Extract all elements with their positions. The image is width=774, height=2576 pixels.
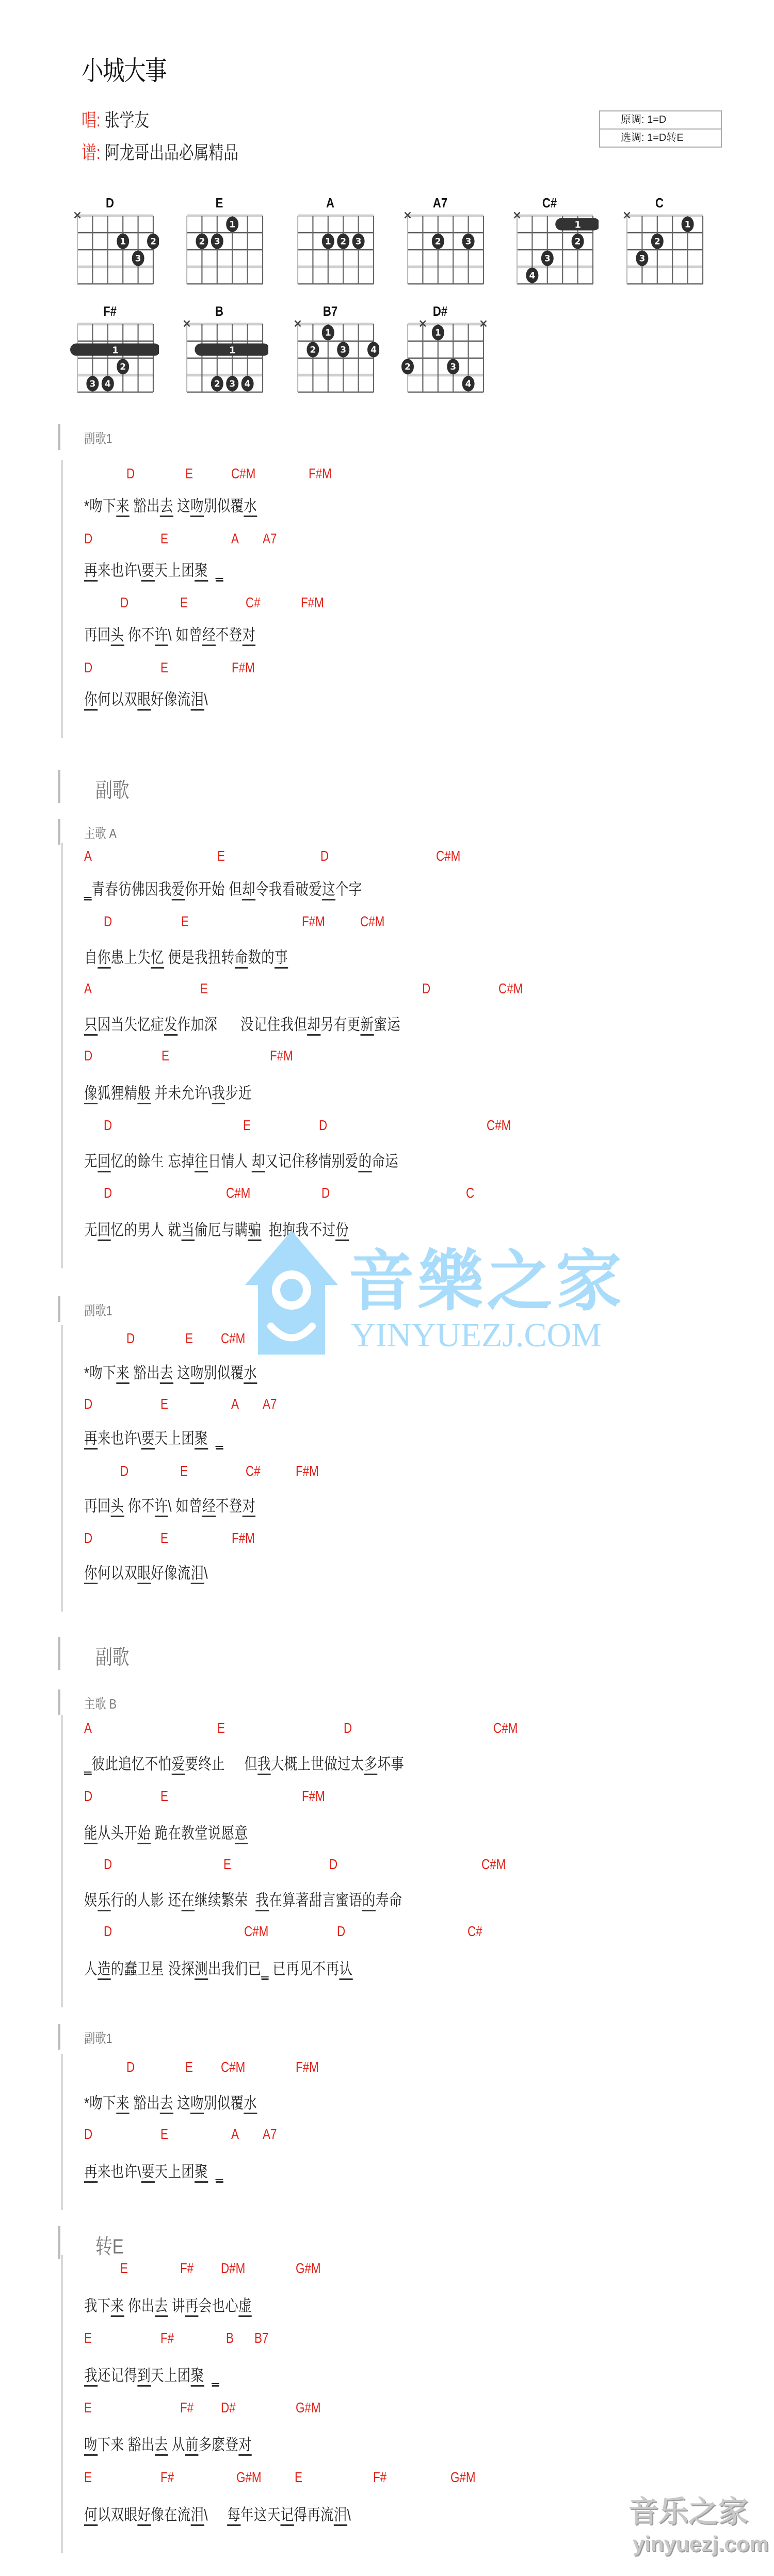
chord-diagram-name: E: [178, 195, 261, 211]
chord-symbol: D: [84, 1048, 92, 1064]
chord-row: DEF#M: [84, 1048, 652, 1065]
chord-row: DC#MDC: [84, 1185, 652, 1202]
chord-symbol: E: [84, 2400, 92, 2416]
beat-underline: 你: [98, 948, 111, 969]
beat-underline: 聚: [195, 2163, 208, 2183]
beat-underline: 的: [362, 1891, 376, 1911]
chord-symbol: E: [160, 659, 168, 676]
svg-text:×: ×: [403, 212, 412, 222]
svg-text:4: 4: [245, 379, 251, 390]
chord-symbol: E: [217, 848, 225, 864]
chord-row: DEC#MF#M: [84, 2059, 652, 2076]
svg-text:×: ×: [418, 320, 427, 330]
lyric-line: *吻下来 豁出去 这吻别似覆水: [84, 2090, 257, 2113]
section-marker-bar: [58, 1637, 60, 1670]
chord-row: DEDC#M: [84, 1117, 652, 1135]
chord-symbol: D: [126, 2059, 135, 2075]
chord-symbol: D: [344, 1720, 352, 1736]
beat-underline: 始: [137, 1824, 151, 1844]
lyric-line: 人造的蠢卫星 没探测出我们已_ 已再见不再认: [84, 1956, 352, 1979]
beat-underline: 新: [361, 1016, 374, 1036]
beat-underline: 吻: [190, 1364, 204, 1384]
chord-symbol: D: [337, 1923, 345, 1940]
chord-symbol: D: [126, 1330, 135, 1347]
chord-symbol: F#M: [296, 1330, 319, 1347]
beat-underline: 水: [244, 497, 257, 517]
beat-underline: 去: [155, 2436, 168, 2456]
lyric-line: 我下来 你出去 讲再会也心虚: [84, 2293, 252, 2316]
chord-symbol: F#: [160, 2469, 174, 2486]
chord-symbol: D: [84, 1396, 92, 1412]
chord-symbol: E: [200, 980, 208, 997]
svg-text:×: ×: [293, 320, 302, 330]
svg-text:3: 3: [544, 254, 551, 264]
beat-underline: 头: [111, 626, 124, 646]
section-marker-bar: [58, 770, 60, 803]
fretboard-grid-icon: ×23: [391, 212, 489, 289]
beat-underline: 当: [181, 1221, 195, 1241]
beat-underline: 往: [195, 1152, 208, 1172]
beat-underline: 对: [238, 2436, 252, 2456]
chord-row: DEC#MF#M: [84, 1330, 652, 1348]
lyric-line: 无回忆的男人 就当偷厄与瞒骗 抱抱我不过份: [84, 1217, 349, 1240]
beat-underline: 吻: [84, 2436, 98, 2456]
chord-symbol: F#M: [302, 1788, 325, 1805]
chord-symbol: E: [160, 1396, 168, 1412]
lyric-line: *吻下来 豁出去 这吻别似覆水: [84, 493, 257, 516]
lyric-line: 只因当失忆症发作加深 没记住我但却另有更新蜜运: [84, 1011, 400, 1035]
chord-diagram-c: C×123: [610, 195, 708, 288]
section-side-rule: [61, 1715, 63, 2007]
chord-symbol: D: [422, 980, 430, 997]
beat-underline: 泪: [191, 1564, 204, 1584]
chord-symbol: C#: [467, 1923, 482, 1940]
chord-symbol: C#M: [221, 1330, 245, 1347]
chord-symbol: E: [180, 1463, 188, 1479]
chord-row: AEDC#M: [84, 848, 652, 865]
lyric-line: *吻下来 豁出去 这吻别似覆水: [84, 1360, 257, 1383]
fretboard-grid-icon: ×1234: [501, 212, 599, 289]
singer-label: 唱:: [82, 109, 101, 131]
chord-symbol: F#M: [302, 913, 325, 930]
chord-symbol: E: [295, 2469, 302, 2486]
section-label: 副歌: [95, 774, 130, 803]
section-marker-bar: [58, 2024, 60, 2050]
chord-symbol: D: [104, 913, 112, 930]
chord-row: DEF#M: [84, 659, 652, 677]
beat-underline: 来: [111, 2297, 124, 2317]
chord-row: DEAA7: [84, 2126, 652, 2144]
beat-underline: 聚: [195, 1429, 208, 1450]
chord-symbol: G#M: [296, 2260, 321, 2277]
beat-underline: 要: [141, 561, 155, 582]
chord-diagram-name: D: [68, 195, 152, 211]
beat-underline: 忆: [151, 948, 164, 969]
svg-text:3: 3: [465, 237, 472, 247]
beat-underline: 再: [84, 1429, 98, 1450]
beat-underline: 每: [227, 2506, 240, 2526]
chord-symbol: E: [181, 913, 189, 930]
chord-symbol: A: [231, 1396, 239, 1412]
chord-symbol: D: [84, 1788, 92, 1805]
chord-symbol: A7: [263, 2126, 277, 2143]
chord-symbol: D: [104, 1117, 112, 1134]
fretboard-grid-icon: ×1234: [281, 320, 379, 397]
section-marker-bar: [58, 1689, 60, 1715]
chord-symbol: G#M: [236, 2469, 262, 2486]
beat-underline: 要: [141, 1429, 155, 1450]
beat-underline: 再: [84, 2163, 98, 2183]
chord-symbol: C: [466, 1185, 474, 1201]
chord-symbol: C#M: [244, 1923, 268, 1940]
selected-key: 选调: 1=D转E: [600, 128, 721, 147]
beat-underline: 吻: [190, 497, 204, 517]
chord-row: EF#D#G#M: [84, 2400, 652, 2417]
chord-symbol: G#M: [296, 2400, 321, 2416]
chord-diagram-fsharp: F#1234: [61, 303, 159, 396]
beat-underline: _: [216, 2163, 223, 2183]
watermark-title: 音樂之家: [348, 1228, 625, 1323]
chord-symbol: D: [84, 2126, 92, 2143]
chord-diagram-name: B: [178, 303, 261, 319]
beat-underline: 意: [235, 1824, 248, 1844]
section-marker-bar: [58, 424, 60, 450]
chord-symbol: C#: [246, 1463, 261, 1479]
chord-symbol: F#M: [296, 1463, 319, 1479]
chord-symbol: C#M: [481, 1856, 506, 1873]
beat-underline: 水: [244, 1364, 257, 1384]
beat-underline: _: [261, 1960, 269, 1980]
chord-symbol: E: [185, 465, 193, 482]
chord-symbol: A: [84, 980, 92, 997]
section-label: 副歌1: [84, 2028, 112, 2047]
chord-symbol: F#M: [301, 594, 324, 611]
svg-text:3: 3: [639, 254, 645, 264]
lyric-line: 何以双眼好像在流泪\ 每年这天记得再流泪\: [84, 2502, 351, 2525]
svg-text:3: 3: [214, 237, 220, 247]
chord-diagram-name: C#: [508, 195, 591, 211]
chord-symbol: D: [319, 1117, 327, 1134]
chord-symbol: F#: [180, 2400, 193, 2416]
lyric-line: 再回头 你不许\ 如曾经不登对: [84, 1493, 255, 1516]
svg-text:4: 4: [370, 345, 377, 356]
section-side-rule: [61, 1325, 63, 1612]
chord-symbol: A: [231, 530, 239, 547]
chord-symbol: D: [321, 1185, 330, 1201]
beat-underline: 去: [160, 497, 173, 517]
chord-row: EF#D#MG#M: [84, 2260, 652, 2278]
beat-underline: 水: [244, 2094, 257, 2114]
svg-text:1: 1: [229, 220, 235, 230]
svg-text:3: 3: [356, 237, 362, 247]
chord-symbol: F#M: [270, 1048, 293, 1064]
beat-underline: 好: [137, 2506, 151, 2526]
svg-text:2: 2: [405, 362, 411, 373]
chord-symbol: F#M: [232, 659, 255, 676]
beat-underline: 头: [111, 1497, 124, 1517]
chord-row: DEF#M: [84, 1788, 652, 1806]
arranger-name: 阿龙哥出品必属精品: [105, 142, 238, 163]
chord-symbol: D: [84, 659, 92, 676]
lyric-line: 我还记得到天上团聚 _: [84, 2362, 219, 2386]
chord-row: EF#BB7: [84, 2330, 652, 2347]
chord-symbol: C#M: [226, 1185, 250, 1201]
chord-symbol: C#M: [231, 465, 255, 482]
svg-text:3: 3: [340, 345, 346, 356]
beat-underline: 许: [155, 626, 168, 646]
chord-symbol: F#M: [296, 2059, 319, 2075]
beat-underline: 你: [84, 1564, 98, 1584]
svg-text:3: 3: [229, 379, 235, 390]
chord-symbol: D: [104, 1923, 112, 1940]
section-marker-bar: [58, 2226, 60, 2259]
beat-underline: 许: [155, 1497, 168, 1517]
chord-symbol: D: [320, 848, 329, 864]
chord-symbol: F#: [160, 2330, 174, 2346]
svg-text:×: ×: [622, 212, 632, 222]
chord-row: DEAA7: [84, 530, 652, 548]
svg-text:2: 2: [310, 345, 316, 356]
svg-text:2: 2: [575, 237, 581, 247]
svg-text:3: 3: [450, 362, 456, 373]
beat-underline: 事: [275, 948, 288, 969]
beat-underline: 来: [116, 2094, 130, 2114]
svg-text:1: 1: [120, 237, 126, 247]
lyric-line: _青春彷佛因我爱你开始 但却令我看破爱这个字: [84, 876, 362, 899]
beat-underline: 我: [212, 1084, 225, 1104]
lyric-line: _彼此追忆不怕爱要终止 但我大概上世做过太多坏事: [84, 1751, 404, 1774]
beat-underline: 记: [281, 2506, 294, 2526]
chord-diagram-b7: B7×1234: [281, 303, 379, 396]
beat-underline: 命: [235, 948, 248, 969]
chord-symbol: E: [160, 1530, 168, 1547]
key-info-box: 原调: 1=D 选调: 1=D转E: [599, 110, 722, 148]
chord-symbol: D: [84, 530, 92, 547]
fretboard-grid-icon: ×123: [610, 212, 708, 289]
chord-symbol: D: [104, 1856, 112, 1873]
svg-text:1: 1: [435, 328, 441, 339]
beat-underline: 我: [255, 1891, 269, 1911]
beat-underline: 何: [84, 2506, 98, 2526]
fretboard-grid-icon: ×1234: [170, 320, 268, 397]
chord-row: DC#MDC#: [84, 1923, 652, 1941]
beat-underline: _: [84, 880, 92, 900]
chord-symbol: F#: [373, 2469, 386, 2486]
svg-text:×: ×: [479, 320, 488, 330]
chord-symbol: E: [162, 1048, 169, 1064]
section-label: 主歌 B: [84, 1694, 117, 1713]
beat-underline: 却: [252, 1152, 265, 1172]
svg-text:1: 1: [574, 220, 581, 231]
chord-diagram-name: D#: [398, 303, 482, 319]
beat-underline: 经: [202, 1497, 216, 1517]
arranger-row: 谱: 阿龙哥出品必属精品: [82, 138, 238, 165]
beat-underline: 回: [98, 1152, 111, 1172]
lyric-line: 再回头 你不许\ 如曾经不登对: [84, 622, 255, 645]
beat-underline: 测: [195, 1960, 208, 1980]
section-label: 转E: [95, 2230, 124, 2260]
chord-diagram-name: A: [288, 195, 372, 211]
svg-text:×: ×: [182, 320, 191, 330]
beat-underline: 去: [160, 1364, 173, 1384]
lyric-line: 像狐狸精般 并未允许\我步近: [84, 1080, 252, 1103]
chord-diagram-csharp: C#×1234: [501, 195, 599, 288]
chord-symbol: D#: [221, 2400, 236, 2416]
chord-symbol: D#M: [221, 2260, 245, 2277]
arranger-label: 谱:: [82, 142, 101, 163]
chord-symbol: B7: [254, 2330, 268, 2346]
chord-symbol: E: [160, 1788, 168, 1805]
beat-underline: 去: [160, 2094, 173, 2114]
chord-symbol: F#: [180, 2260, 193, 2277]
svg-text:4: 4: [105, 379, 111, 390]
beat-underline: 聚: [191, 2366, 204, 2387]
chord-diagram-name: B7: [288, 303, 372, 319]
chord-symbol: E: [185, 2059, 193, 2075]
svg-text:1: 1: [112, 345, 119, 356]
svg-text:1: 1: [685, 220, 691, 230]
beat-underline: 回: [98, 1221, 111, 1241]
section-marker-bar: [58, 819, 60, 845]
chord-diagram-name: C: [618, 195, 701, 211]
chord-symbol: C#M: [221, 2059, 245, 2075]
chord-symbol: A: [84, 848, 92, 864]
beat-underline: 再: [185, 2297, 199, 2317]
chord-symbol: D: [120, 594, 128, 611]
lyric-line: 吻下来 豁出去 从前多麽登对: [84, 2432, 252, 2455]
chord-symbol: C#M: [493, 1720, 518, 1736]
beat-underline: 你: [84, 690, 98, 711]
svg-text:1: 1: [325, 237, 331, 247]
section-side-rule: [61, 843, 63, 1268]
chord-symbol: B: [226, 2330, 234, 2346]
beat-underline: 来: [116, 497, 130, 517]
beat-underline: 却: [242, 880, 255, 900]
lyric-line: 娱乐行的人影 还在继续繁荣 我在算著甜言蜜语的寿命: [84, 1887, 402, 1910]
chord-symbol: C#M: [498, 980, 523, 997]
svg-text:2: 2: [199, 237, 205, 247]
beat-underline: 多: [364, 1755, 378, 1775]
beat-underline: 泪: [191, 2506, 204, 2526]
beat-underline: 来: [116, 1364, 130, 1384]
beat-underline: _: [216, 561, 223, 582]
svg-text:1: 1: [229, 345, 236, 356]
fretboard-grid-icon: 1234: [61, 320, 159, 397]
chord-symbol: C#M: [436, 848, 460, 864]
beat-underline: 眼: [137, 1564, 151, 1584]
beat-underline: 造: [98, 1960, 111, 1980]
chord-symbol: E: [120, 2260, 128, 2277]
svg-text:×: ×: [512, 212, 522, 222]
chord-symbol: E: [160, 2126, 168, 2143]
beat-underline: 吻: [190, 2094, 204, 2114]
chord-symbol: G#M: [450, 2469, 476, 2486]
lyric-line: 再来也许\要天上团聚 _: [84, 2159, 223, 2182]
chord-symbol: D: [126, 465, 135, 482]
beat-underline: 前: [185, 2436, 199, 2456]
chord-diagram-name: F#: [68, 303, 152, 319]
beat-underline: 份: [335, 1221, 349, 1241]
chord-symbol: E: [223, 1856, 231, 1873]
beat-underline: 爱: [172, 1755, 185, 1775]
corner-logo: 音乐之家 yinyuezj.com: [628, 2487, 763, 2565]
chord-row: DEAA7: [84, 1396, 652, 1413]
beat-underline: 能: [84, 1824, 98, 1844]
svg-text:2: 2: [435, 237, 441, 247]
corner-logo-title: 音乐之家: [628, 2487, 748, 2531]
svg-text:1: 1: [325, 328, 331, 339]
beat-underline: 聚: [195, 561, 208, 582]
chord-symbol: F#M: [232, 1530, 255, 1547]
singer-row: 唱: 张学友: [82, 106, 149, 132]
beat-underline: _: [212, 2366, 219, 2387]
beat-underline: 的: [359, 1152, 372, 1172]
chord-symbol: C#: [246, 594, 261, 611]
chord-symbol: A7: [263, 1396, 277, 1412]
lyric-line: 无回忆的餘生 忘掉往日情人 却又记住移情别爱的命运: [84, 1148, 398, 1171]
beat-underline: 眼: [137, 690, 151, 711]
chord-symbol: E: [243, 1117, 251, 1134]
chord-diagram-dsharp: D#××1234: [391, 303, 489, 396]
svg-text:3: 3: [89, 379, 95, 390]
chord-symbol: A7: [263, 530, 277, 547]
svg-text:2: 2: [340, 237, 346, 247]
beat-underline: 再: [84, 561, 98, 582]
beat-underline: 虚: [238, 2297, 252, 2317]
beat-underline: 发: [164, 1016, 178, 1036]
chord-symbol: A: [231, 2126, 239, 2143]
chord-row: DEC#F#M: [84, 1463, 652, 1480]
chord-symbol: D: [104, 1185, 112, 1201]
svg-text:×: ×: [73, 212, 82, 222]
section-label: 主歌 A: [84, 823, 117, 842]
chord-diagram-e: E123: [170, 195, 268, 288]
chord-row: DEC#F#M: [84, 594, 652, 612]
svg-text:2: 2: [120, 362, 126, 373]
fretboard-grid-icon: ×123: [61, 212, 159, 289]
chord-row: DEDC#M: [84, 1856, 652, 1874]
chord-symbol: D: [84, 1530, 92, 1547]
beat-underline: _: [84, 1755, 92, 1775]
chord-symbol: A: [84, 1720, 92, 1736]
beat-underline: _: [216, 1429, 223, 1450]
svg-text:2: 2: [214, 379, 220, 390]
chord-row: DEF#M: [84, 1530, 652, 1548]
chord-row: DEC#MF#M: [84, 465, 652, 483]
section-label: 副歌1: [84, 1300, 112, 1319]
beat-underline: 要: [141, 2163, 155, 2183]
chord-symbol: E: [84, 2469, 92, 2486]
chord-symbol: C#M: [487, 1117, 511, 1134]
beat-underline: 去: [155, 2297, 168, 2317]
lyric-line: 再来也许\要天上团聚 _: [84, 1425, 223, 1448]
fretboard-grid-icon: 123: [170, 212, 268, 289]
chord-symbol: D: [329, 1856, 337, 1873]
beat-underline: 在: [181, 1891, 195, 1911]
chord-symbol: E: [185, 1330, 193, 1347]
original-key: 原调: 1=D: [600, 111, 721, 128]
fretboard-grid-icon: 123: [281, 212, 379, 289]
beat-underline: 泪: [334, 2506, 347, 2526]
beat-underline: 这: [322, 880, 335, 900]
chord-row: AEDC#M: [84, 1720, 652, 1737]
lyric-line: 再来也许\要天上团聚 _: [84, 557, 223, 581]
beat-underline: 经: [202, 626, 216, 646]
beat-underline: 只: [84, 1016, 98, 1036]
beat-underline: 泪: [191, 690, 204, 711]
svg-text:3: 3: [135, 254, 141, 264]
chord-diagram-b: B×1234: [170, 303, 268, 396]
